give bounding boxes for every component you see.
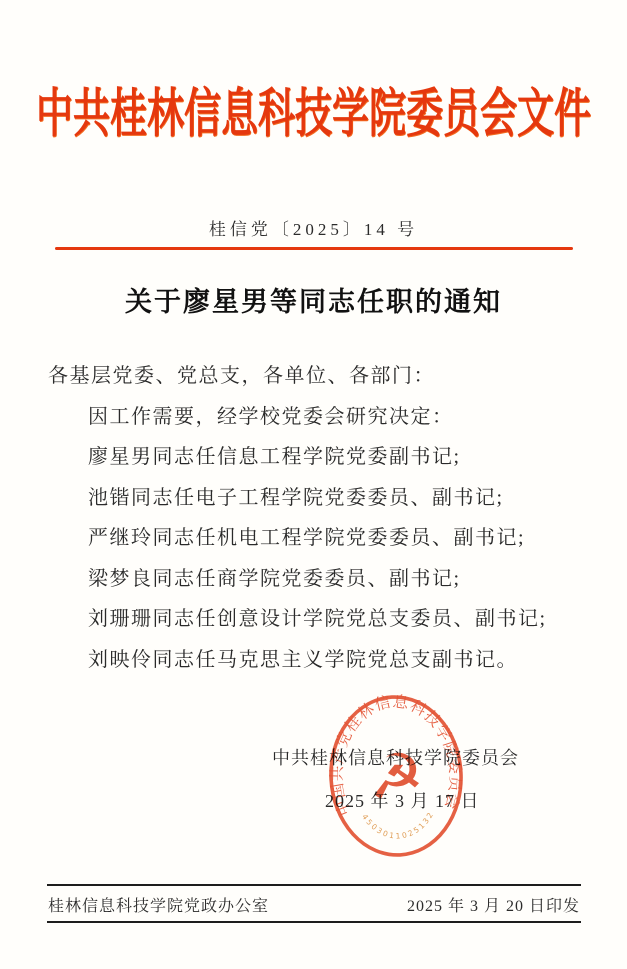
footer-issuing-office: 桂林信息科技学院党政办公室 bbox=[48, 893, 269, 916]
footer-print-date: 2025 年 3 月 20 日印发 bbox=[407, 893, 580, 916]
salutation-line: 各基层党委、党总支，各单位、各部门： bbox=[48, 356, 585, 397]
document-body: 各基层党委、党总支，各单位、各部门： 因工作需要，经学校党委会研究决定： 廖星男… bbox=[48, 356, 585, 680]
body-paragraph: 廖星男同志任信息工程学院党委副书记; bbox=[48, 437, 585, 478]
body-paragraph: 刘珊珊同志任创意设计学院党总支委员、副书记; bbox=[48, 599, 585, 640]
red-separator-rule bbox=[55, 247, 573, 250]
official-document-page: 中共桂林信息科技学院委员会文件 桂信党〔2025〕14 号 关于廖星男等同志任职… bbox=[0, 0, 627, 969]
hammer-sickle-icon: ☭ bbox=[366, 739, 425, 815]
letterhead-title: 中共桂林信息科技学院委员会文件 bbox=[0, 70, 627, 147]
footer-rule-bottom bbox=[47, 921, 581, 923]
document-title: 关于廖星男等同志任职的通知 bbox=[0, 280, 627, 319]
footer-rule-top bbox=[47, 884, 581, 886]
body-paragraph: 因工作需要，经学校党委会研究决定： bbox=[48, 397, 585, 438]
body-paragraph: 严继玲同志任机电工程学院党委委员、副书记; bbox=[48, 518, 585, 559]
official-seal-stamp: 中国共产党桂林信息科技学院委员会 ☭ 4503011025132 bbox=[322, 688, 471, 863]
document-number: 桂信党〔2025〕14 号 bbox=[0, 215, 627, 240]
body-paragraph: 刘映伶同志任马克思主义学院党总支副书记。 bbox=[48, 640, 585, 681]
footer-row: 桂林信息科技学院党政办公室 2025 年 3 月 20 日印发 bbox=[48, 893, 580, 916]
body-paragraph: 梁梦良同志任商学院党委委员、副书记; bbox=[48, 559, 585, 600]
body-paragraph: 池锴同志任电子工程学院党委委员、副书记; bbox=[48, 478, 585, 519]
